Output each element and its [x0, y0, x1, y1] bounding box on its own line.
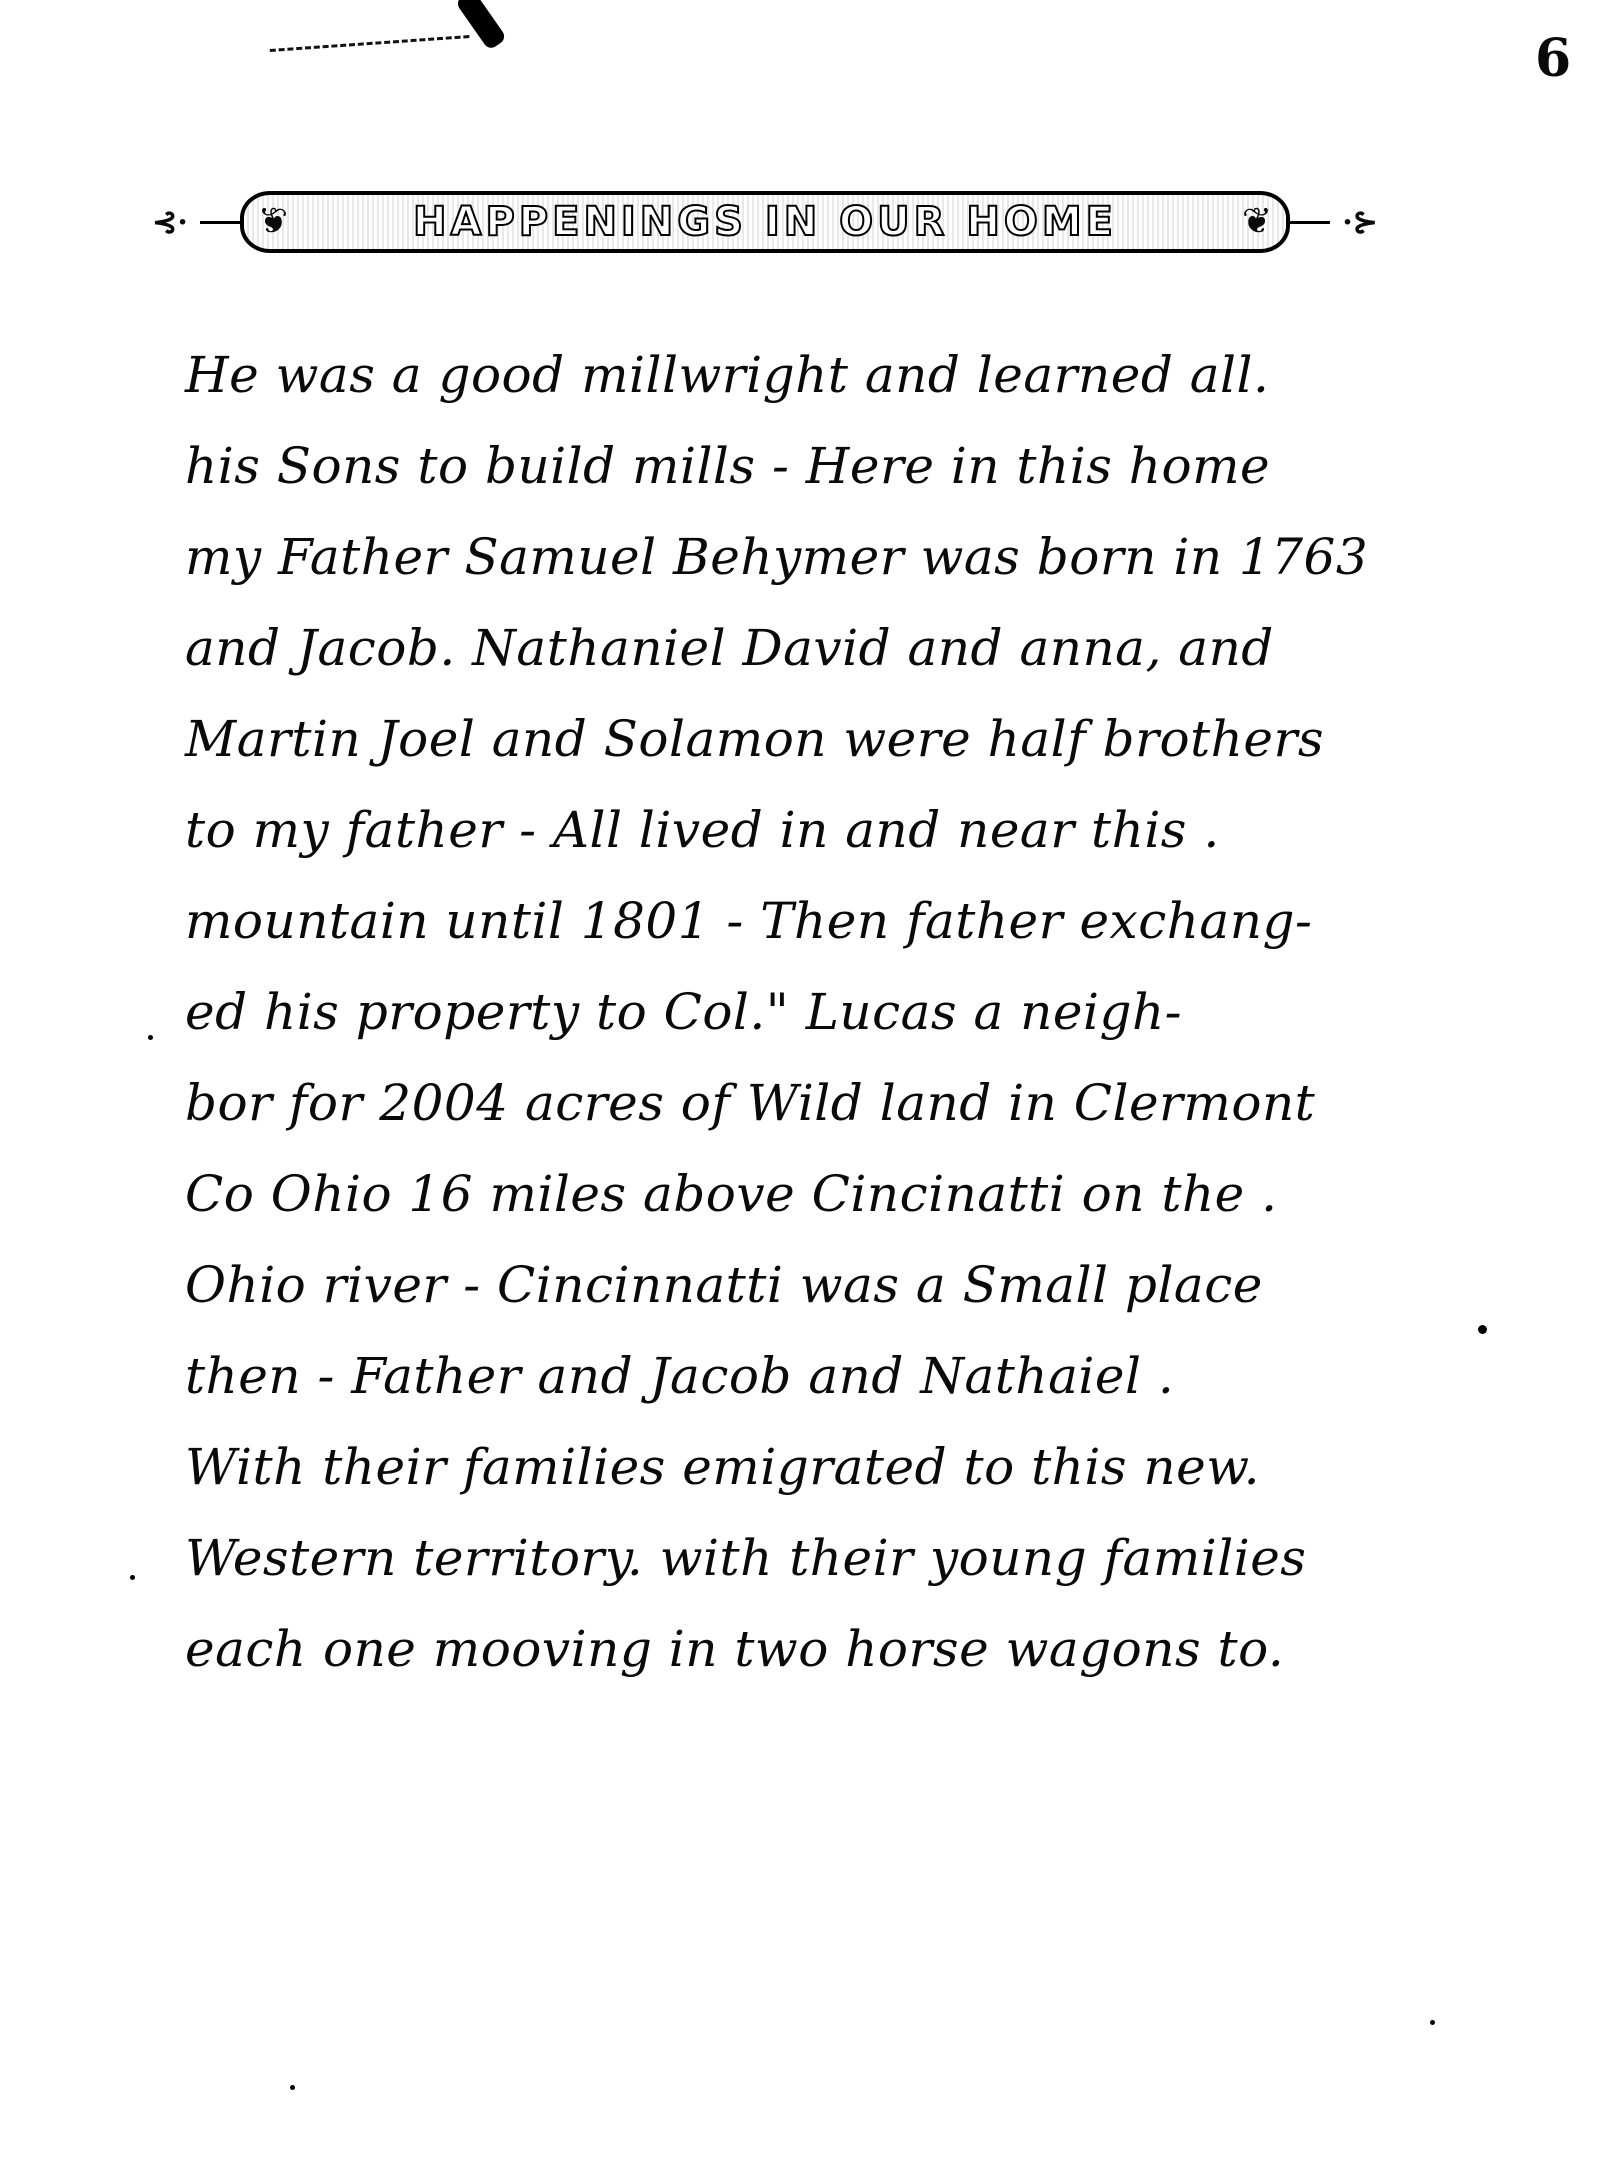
manuscript-line: each one mooving in two horse wagons to. [185, 1604, 1425, 1695]
manuscript-line: my Father Samuel Behymer was born in 176… [185, 512, 1425, 603]
banner-left-ornament-icon: ⊰· [140, 205, 200, 240]
scan-speck [290, 2085, 295, 2090]
banner-right-rule [1290, 221, 1330, 224]
manuscript-line: his Sons to build mills - Here in this h… [185, 421, 1425, 512]
manuscript-line: and Jacob. Nathaniel David and anna, and [185, 603, 1425, 694]
chapter-banner: ⊰· Happenings in our Home ·⊱ [140, 190, 1390, 254]
manuscript-line: Ohio river - Cincinnatti was a Small pla… [185, 1240, 1425, 1331]
manuscript-line: bor for 2004 acres of Wild land in Clerm… [185, 1058, 1425, 1149]
manuscript-line: Martin Joel and Solamon were half brothe… [185, 694, 1425, 785]
manuscript-line: Western territory. with their young fami… [185, 1513, 1425, 1604]
manuscript-line: then - Father and Jacob and Nathaiel . [185, 1331, 1425, 1422]
scan-speck [148, 1035, 153, 1040]
banner-scroll: Happenings in our Home [240, 191, 1290, 253]
manuscript-line: ed his property to Col." Lucas a neigh- [185, 967, 1425, 1058]
scan-speck [1478, 1325, 1487, 1334]
banner-right-ornament-icon: ·⊱ [1330, 205, 1390, 240]
scan-speck [130, 1575, 135, 1580]
manuscript-line: With their families emigrated to this ne… [185, 1422, 1425, 1513]
manuscript-line: mountain until 1801 - Then father exchan… [185, 876, 1425, 967]
manuscript-line: Co Ohio 16 miles above Cincinatti on the… [185, 1149, 1425, 1240]
page-number: 6 [1535, 28, 1571, 89]
banner-title: Happenings in our Home [413, 199, 1117, 245]
banner-left-rule [200, 221, 240, 224]
manuscript-line: to my father - All lived in and near thi… [185, 785, 1425, 876]
manuscript-line: He was a good millwright and learned all… [185, 330, 1425, 421]
scan-artifact-dashes [270, 35, 471, 64]
handwritten-body: He was a good millwright and learned all… [185, 330, 1425, 1695]
scan-speck [1430, 2020, 1435, 2025]
